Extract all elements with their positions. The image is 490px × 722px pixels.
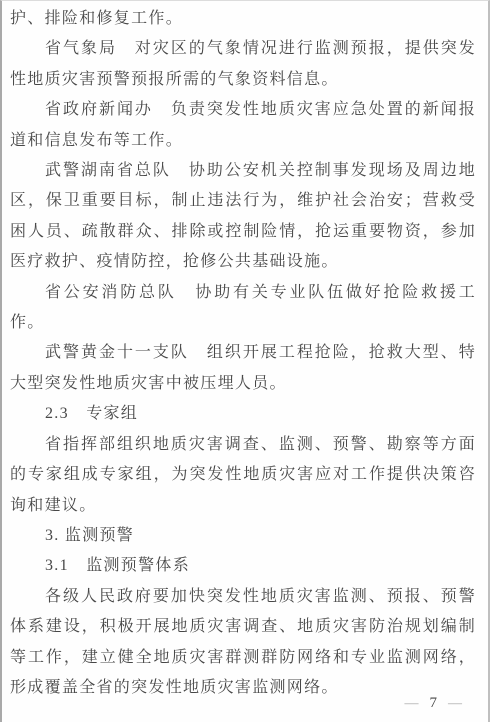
body-paragraph: 省气象局 对灾区的气象情况进行监测预报，提供突发性地质灾害预警预报所需的气象资料… (10, 34, 476, 95)
document-page: 护、排险和修复工作。 省气象局 对灾区的气象情况进行监测预报，提供突发性地质灾害… (0, 0, 490, 722)
body-paragraph: 省政府新闻办 负责突发性地质灾害应急处置的新闻报道和信息发布等工作。 (10, 95, 476, 156)
section-heading-3-1: 3.1 监测预警体系 (10, 551, 476, 581)
page-footer: — 7 — (405, 695, 463, 712)
section-heading-3: 3. 监测预警 (10, 521, 476, 551)
body-paragraph: 武警黄金十一支队 组织开展工程抢险，抢救大型、特大型突发性地质灾害中被压埋人员。 (10, 338, 476, 399)
section-heading-2-3: 2.3 专家组 (10, 399, 476, 429)
document-text: 护、排险和修复工作。 省气象局 对灾区的气象情况进行监测预报，提供突发性地质灾害… (10, 4, 476, 703)
body-paragraph: 各级人民政府要加快突发性地质灾害监测、预报、预警体系建设，积极开展地质灾害调查、… (10, 582, 476, 704)
body-paragraph: 武警湖南省总队 协助公安机关控制事发现场及周边地区，保卫重要目标，制止违法行为，… (10, 156, 476, 278)
body-paragraph: 省公安消防总队 协助有关专业队伍做好抢险救援工作。 (10, 278, 476, 339)
continuation-paragraph: 护、排险和修复工作。 (10, 4, 476, 34)
footer-dash-right: — (448, 696, 462, 712)
body-paragraph: 省指挥部组织地质灾害调查、监测、预警、勘察等方面的专家组成专家组，为突发性地质灾… (10, 430, 476, 521)
page-number: 7 (430, 695, 438, 712)
footer-dash-left: — (405, 696, 419, 712)
